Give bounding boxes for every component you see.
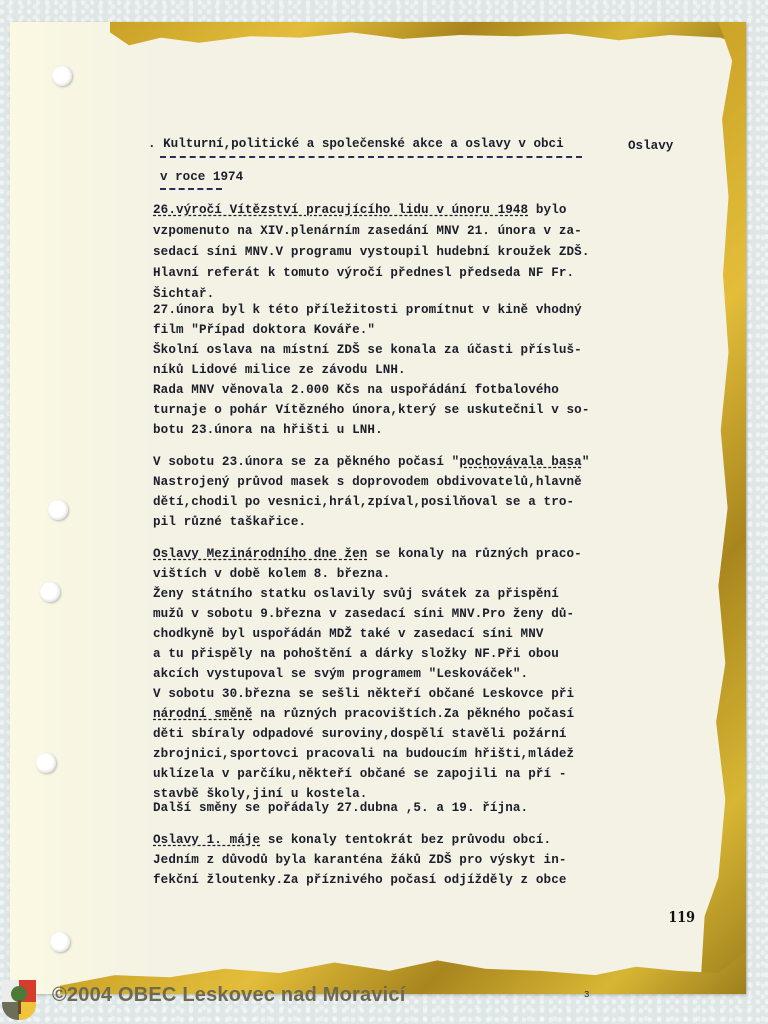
text-line: V sobotu 30.března se sešli někteří obča…	[153, 687, 574, 701]
text-run: mužů v sobotu 9.března v zasedací síni M…	[153, 607, 574, 621]
coat-of-arms-icon	[2, 980, 36, 1020]
text-run: V sobotu 23.února se za pěkného počasí "	[153, 455, 459, 469]
text-run: a tu přispěly na pohoštění a dárky složk…	[153, 647, 559, 661]
text-line: chodkyně byl uspořádán MDŽ také v zaseda…	[153, 627, 544, 641]
text-run: stavbě školy,jiní u kostela.	[153, 787, 367, 801]
text-run: botu 23.února na hřišti u LNH.	[153, 423, 383, 437]
document-subtitle: v roce 1974	[160, 170, 243, 184]
text-run: na různých pracovištích.Za pěkného počas…	[253, 707, 575, 721]
text-run: níků Lidové milice ze závodu LNH.	[153, 363, 406, 377]
text-run: Nastrojený průvod masek s doprovodem obd…	[153, 475, 582, 489]
text-line: mužů v sobotu 9.března v zasedací síni M…	[153, 607, 574, 621]
text-run: vištích v době kolem 8. března.	[153, 567, 390, 581]
tree-trunk	[18, 1000, 21, 1014]
text-line: turnaje o pohár Vítězného února,který se…	[153, 403, 589, 417]
text-line: akcích vystupoval se svým programem "Les…	[153, 667, 528, 681]
text-line: zbrojnici,sportovci pracovali na budoucí…	[153, 747, 574, 761]
text-line: Jedním z důvodů byla karanténa žáků ZDŠ …	[153, 853, 567, 867]
text-line: uklízela v parčíku,někteří občané se zap…	[153, 767, 567, 781]
text-line: národní směně na různých pracovištích.Za…	[153, 707, 574, 721]
text-line: botu 23.února na hřišti u LNH.	[153, 423, 383, 437]
document-title: . Kulturní,politické a společenské akce …	[148, 137, 564, 151]
title-underline	[160, 156, 582, 158]
text-run: Ženy státního statku oslavily svůj sváte…	[153, 587, 559, 601]
text-run: film "Případ doktora Kováře."	[153, 323, 375, 337]
text-line: fekční žloutenky.Za příznivého počasí od…	[153, 873, 567, 887]
text-line: děti sbíraly odpadové suroviny,dospělí s…	[153, 727, 567, 741]
text-line: dětí,chodil po vesnici,hrál,zpíval,posil…	[153, 495, 574, 509]
underlined-phrase: Oslavy Mezinárodního dne žen	[153, 547, 367, 561]
text-line: Další směny se pořádaly 27.dubna ,5. a 1…	[153, 801, 528, 815]
text-run: dětí,chodil po vesnici,hrál,zpíval,posil…	[153, 495, 574, 509]
text-line: Oslavy 1. máje se konaly tentokrát bez p…	[153, 833, 551, 847]
text-run: Jedním z důvodů byla karanténa žáků ZDŠ …	[153, 853, 567, 867]
text-line: vištích v době kolem 8. března.	[153, 567, 390, 581]
footer: ©2004 OBEC Leskovec nad Moravicí	[0, 978, 768, 1024]
text-run: se konaly tentokrát bez průvodu obcí.	[260, 833, 551, 847]
subtitle-underline	[160, 188, 222, 190]
text-line: Ženy státního statku oslavily svůj sváte…	[153, 587, 559, 601]
text-line: Rada MNV věnovala 2.000 Kčs na uspořádán…	[153, 383, 559, 397]
text-line: pil různé taškařice.	[153, 515, 306, 529]
text-run: bylo	[528, 203, 566, 217]
text-run: chodkyně byl uspořádán MDŽ také v zaseda…	[153, 627, 544, 641]
text-run: se konaly na různých praco-	[367, 547, 581, 561]
text-run: Školní oslava na místní ZDŠ se konala za…	[153, 343, 582, 357]
text-run: Hlavní referát k tomuto výročí přednesl …	[153, 266, 574, 280]
text-run: děti sbíraly odpadové suroviny,dospělí s…	[153, 727, 567, 741]
text-run: vzpomenuto na XIV.plenárním zasedání MNV…	[153, 224, 582, 238]
typewritten-text: . Kulturní,politické a společenské akce …	[0, 0, 768, 1024]
text-line: 27.února byl k této příležitosti promítn…	[153, 303, 582, 317]
text-run: zbrojnici,sportovci pracovali na budoucí…	[153, 747, 574, 761]
underlined-phrase: pochovávala basa	[459, 455, 582, 469]
text-run: sedací síni MNV.V programu vystoupil hud…	[153, 245, 589, 259]
text-line: Šichtař.	[153, 287, 214, 301]
text-line: film "Případ doktora Kováře."	[153, 323, 375, 337]
section-label: Oslavy	[628, 139, 673, 153]
text-line: V sobotu 23.února se za pěkného počasí "…	[153, 455, 590, 469]
text-line: sedací síni MNV.V programu vystoupil hud…	[153, 245, 589, 259]
text-run: turnaje o pohár Vítězného února,který se…	[153, 403, 589, 417]
text-line: 26.výročí Vítězství pracujícího lidu v ú…	[153, 203, 567, 217]
text-run: fekční žloutenky.Za příznivého počasí od…	[153, 873, 567, 887]
underlined-phrase: národní směně	[153, 707, 253, 721]
text-run: pil různé taškařice.	[153, 515, 306, 529]
text-line: Oslavy Mezinárodního dne žen se konaly n…	[153, 547, 582, 561]
text-run: uklízela v parčíku,někteří občané se zap…	[153, 767, 567, 781]
text-line: vzpomenuto na XIV.plenárním zasedání MNV…	[153, 224, 582, 238]
text-line: Nastrojený průvod masek s doprovodem obd…	[153, 475, 582, 489]
text-run: Šichtař.	[153, 287, 214, 301]
text-run: 27.února byl k této příležitosti promítn…	[153, 303, 582, 317]
copyright-notice: ©2004 OBEC Leskovec nad Moravicí	[52, 984, 406, 1007]
text-run: Další směny se pořádaly 27.dubna ,5. a 1…	[153, 801, 528, 815]
text-run: akcích vystupoval se svým programem "Les…	[153, 667, 528, 681]
text-line: níků Lidové milice ze závodu LNH.	[153, 363, 406, 377]
text-run: Rada MNV věnovala 2.000 Kčs na uspořádán…	[153, 383, 559, 397]
underlined-phrase: 26.výročí Vítězství pracujícího lidu v ú…	[153, 203, 528, 217]
text-line: a tu přispěly na pohoštění a dárky složk…	[153, 647, 559, 661]
page-number: 119	[668, 908, 695, 926]
text-run: "	[582, 455, 590, 469]
text-line: stavbě školy,jiní u kostela.	[153, 787, 367, 801]
underlined-phrase: Oslavy 1. máje	[153, 833, 260, 847]
text-run: V sobotu 30.března se sešli někteří obča…	[153, 687, 574, 701]
text-line: Školní oslava na místní ZDŠ se konala za…	[153, 343, 582, 357]
text-line: Hlavní referát k tomuto výročí přednesl …	[153, 266, 574, 280]
